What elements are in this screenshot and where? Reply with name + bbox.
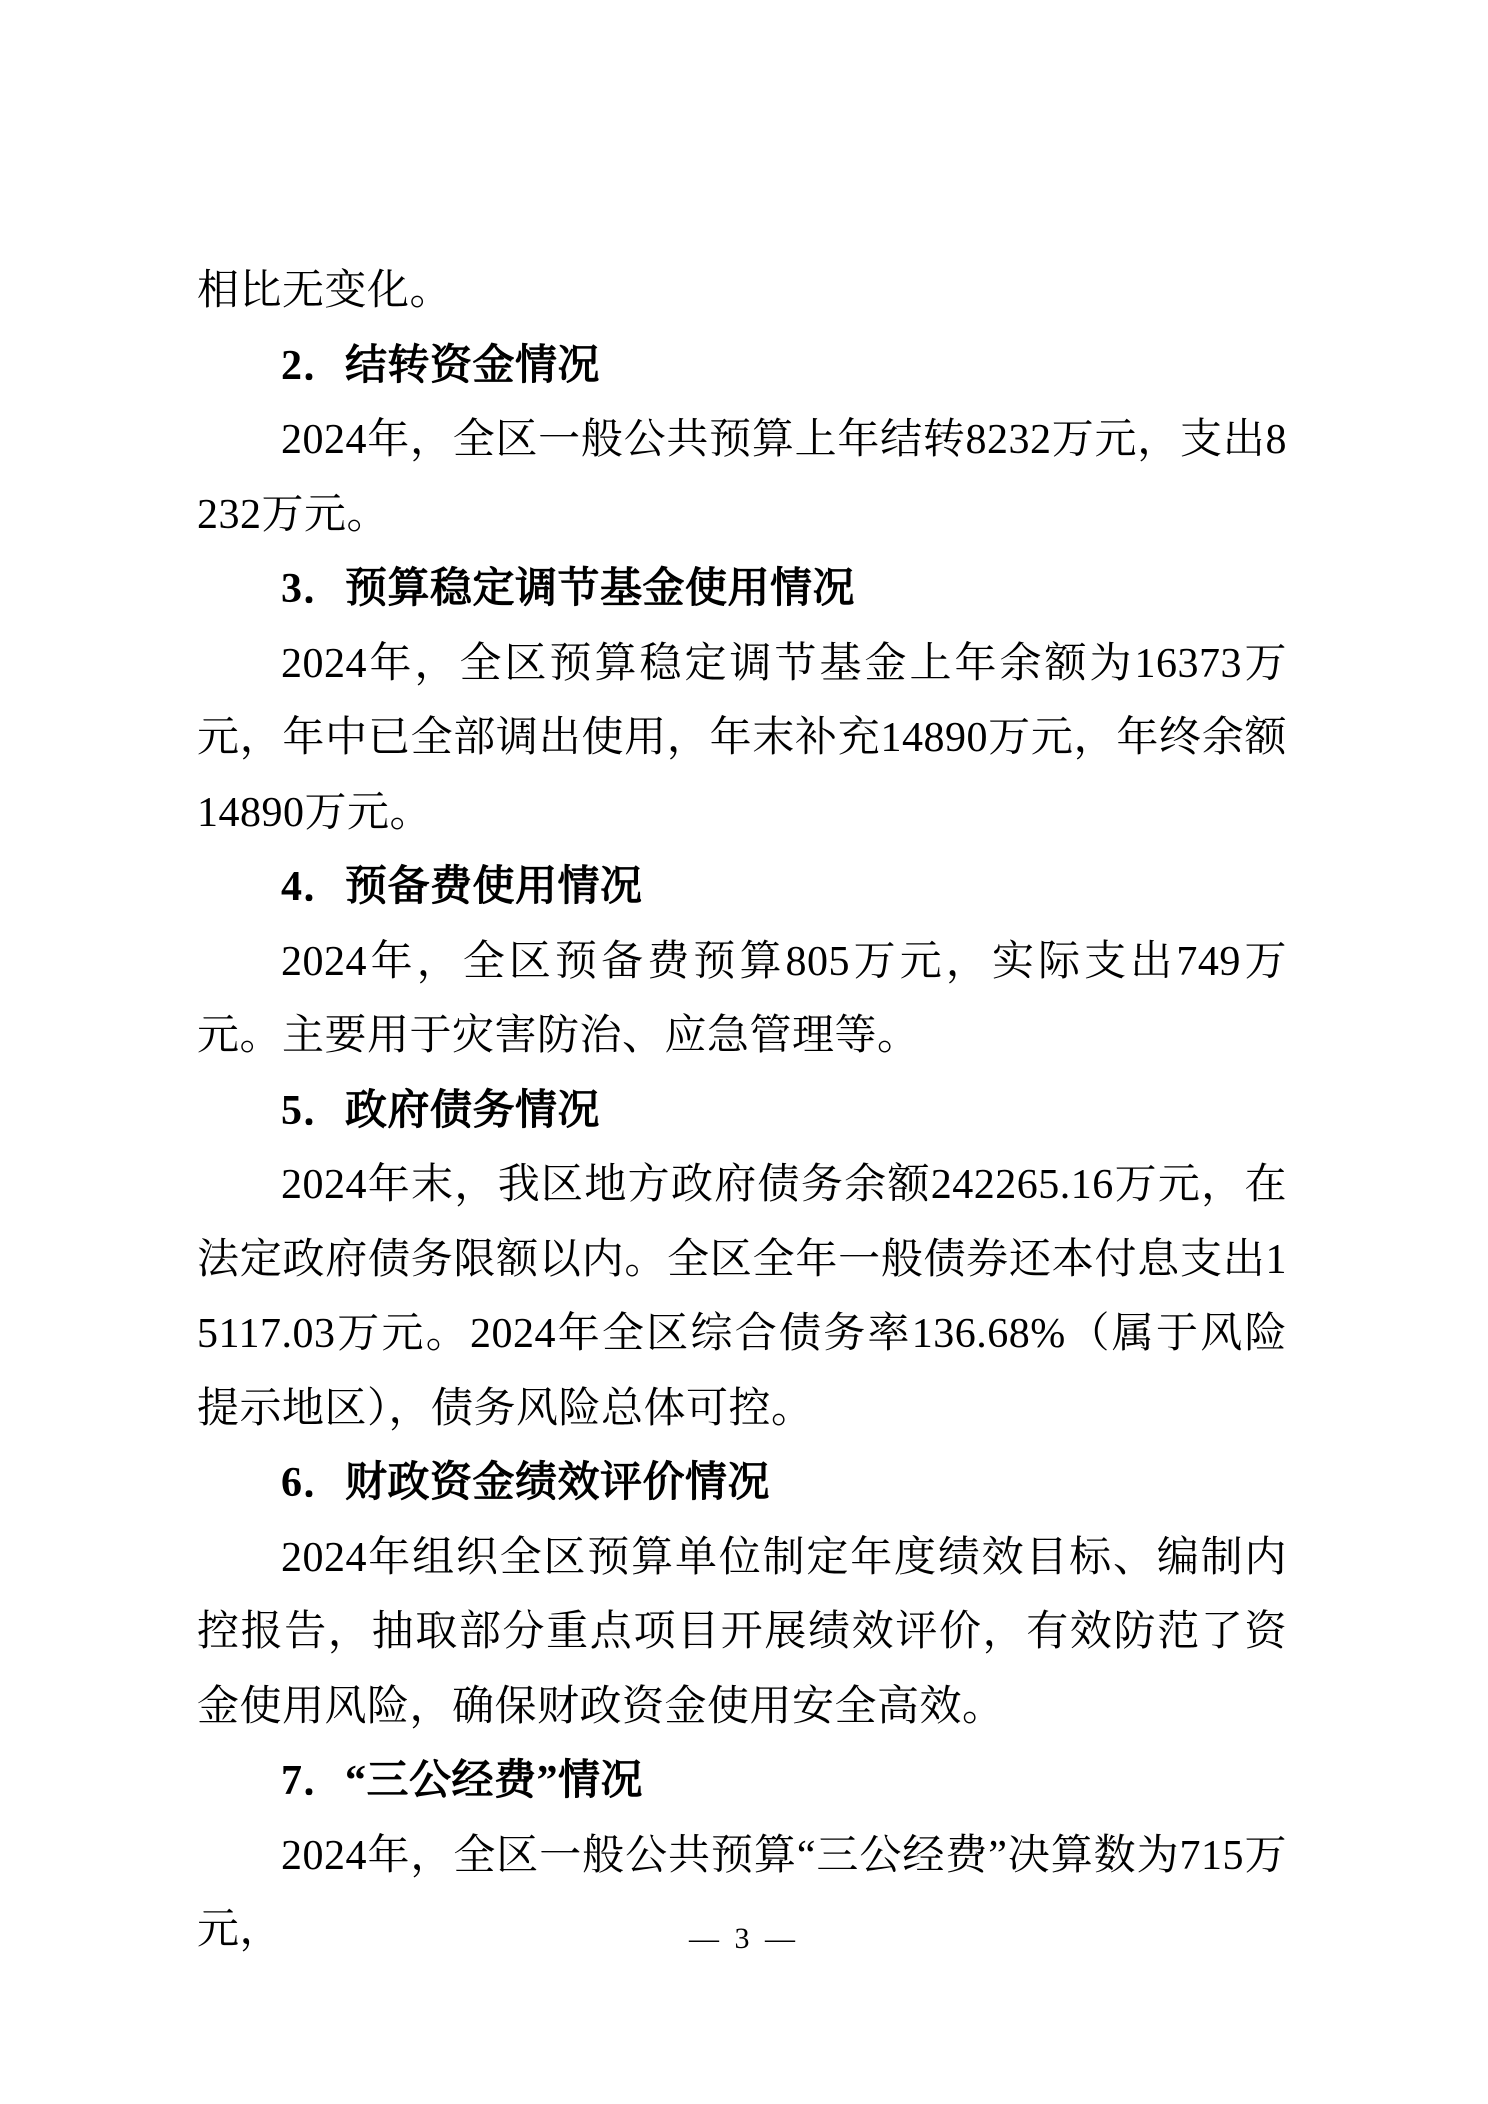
heading-section-5: 5．政府债务情况 bbox=[197, 1074, 1287, 1149]
heading-section-7: 7．“三公经费”情况 bbox=[197, 1744, 1287, 1819]
paragraph-section-3: 2024年，全区预算稳定调节基金上年余额为16373万元，年中已全部调出使用，年… bbox=[197, 627, 1287, 851]
heading-section-3: 3．预算稳定调节基金使用情况 bbox=[197, 552, 1287, 627]
paragraph-section-6: 2024年组织全区预算单位制定年度绩效目标、编制内控报告，抽取部分重点项目开展绩… bbox=[197, 1521, 1287, 1745]
heading-section-2: 2．结转资金情况 bbox=[197, 329, 1287, 404]
document-page: 相比无变化。 2．结转资金情况 2024年，全区一般公共预算上年结转8232万元… bbox=[0, 0, 1488, 2104]
continuation-paragraph: 相比无变化。 bbox=[197, 254, 1287, 329]
heading-section-4: 4．预备费使用情况 bbox=[197, 850, 1287, 925]
paragraph-section-2: 2024年，全区一般公共预算上年结转8232万元，支出8232万元。 bbox=[197, 403, 1287, 552]
document-body: 相比无变化。 2．结转资金情况 2024年，全区一般公共预算上年结转8232万元… bbox=[197, 254, 1287, 1968]
page-number: — 3 — bbox=[689, 1922, 799, 1955]
heading-section-6: 6．财政资金绩效评价情况 bbox=[197, 1446, 1287, 1521]
paragraph-section-4: 2024年，全区预备费预算805万元，实际支出749万元。主要用于灾害防治、应急… bbox=[197, 925, 1287, 1074]
page-footer: — 3 — bbox=[0, 1922, 1488, 1956]
paragraph-section-5: 2024年末，我区地方政府债务余额242265.16万元，在法定政府债务限额以内… bbox=[197, 1148, 1287, 1446]
